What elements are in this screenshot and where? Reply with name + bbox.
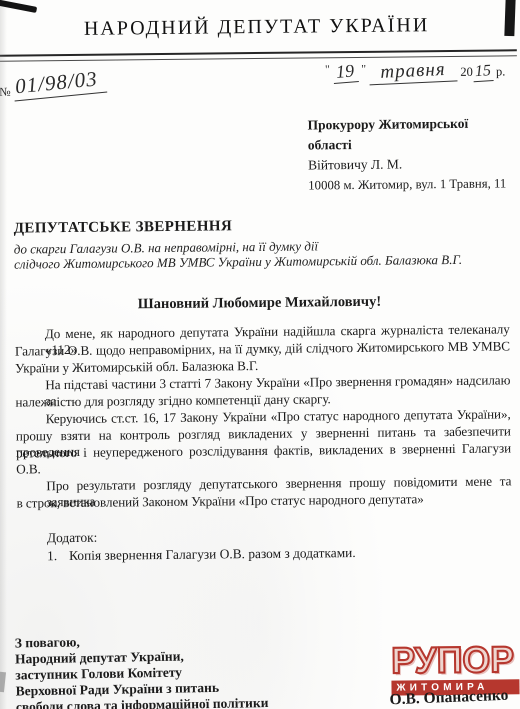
salutation: Шановний Любомире Михайловичу!: [0, 292, 520, 314]
recipient-block: Прокурору Житомирської області Війтовичу…: [307, 113, 513, 195]
appeal-heading: ДЕПУТАТСЬКЕ ЗВЕРНЕННЯ: [14, 218, 233, 237]
attachment-item-number: 1.: [47, 547, 69, 565]
recipient-position: Прокурору Житомирської області: [307, 113, 512, 155]
date-month-handwritten: травня: [369, 58, 458, 85]
scanned-letter-sheet: НАРОДНИЙ ДЕПУТАТ УКРАЇНИ № 01/98/03 " 19…: [0, 0, 520, 709]
date-line: " 19 " травня 2015 р.: [325, 59, 515, 84]
date-year-printed: 20: [460, 65, 473, 79]
date-day-handwritten: 19: [332, 60, 359, 84]
date-year-suffix: р.: [496, 64, 506, 78]
signature-block: З повагою, Народний депутат України, зас…: [15, 631, 269, 709]
attachment-item-text: Копія звернення Галагузи О.В. разом з до…: [69, 545, 356, 563]
letterhead-title: НАРОДНИЙ ДЕПУТАТ УКРАЇНИ: [0, 13, 517, 41]
ref-number-handwritten: 01/98/03: [12, 66, 107, 102]
watermark-title: РУПОР: [391, 640, 520, 681]
date-year-handwritten: 15: [472, 62, 493, 82]
recipient-name: Війтовичу Л. М.: [308, 153, 513, 175]
recipient-address: 10008 м. Житомир, вул. 1 Травня, 11: [308, 173, 513, 195]
attachment-block: Додаток: 1.Копія звернення Галагузи О.В.…: [47, 526, 356, 565]
date-quote-open: ": [325, 62, 330, 76]
letter-content: НАРОДНИЙ ДЕПУТАТ УКРАЇНИ № 01/98/03 " 19…: [0, 0, 520, 709]
body-text: До мене, як народного депутата України н…: [15, 321, 512, 512]
date-quote-close: ": [361, 62, 366, 76]
scan-artifact-top-right: [504, 0, 515, 36]
attachment-item: 1.Копія звернення Галагузи О.В. разом з …: [47, 544, 356, 565]
scan-edge-streak: [0, 0, 7, 709]
signatory-name: О.В. Опанасенко: [389, 687, 508, 709]
